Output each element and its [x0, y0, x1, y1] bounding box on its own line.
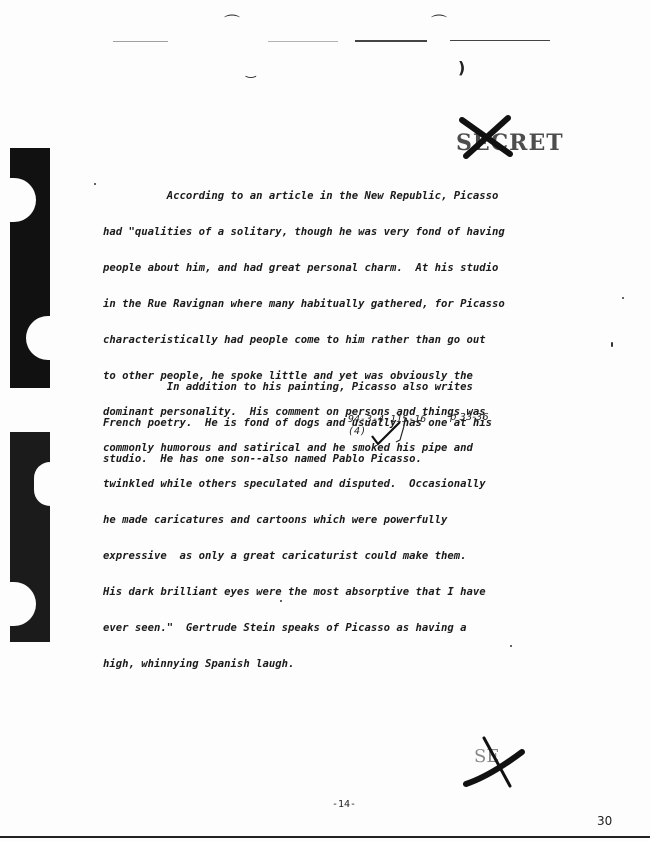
scan-speck [622, 297, 624, 299]
scan-artifact-line [268, 41, 338, 42]
scan-artifact-line [450, 40, 550, 41]
punch-hole [26, 316, 50, 360]
handwritten-page-ref: p 33-36 [450, 412, 489, 423]
text-line: had "qualities of a solitary, though he … [103, 226, 613, 238]
punch-hole [10, 582, 36, 626]
cross-out-icon [450, 114, 540, 164]
scan-speck [611, 342, 613, 347]
scan-artifact-line [355, 40, 427, 42]
text-line: in the Rue Ravignan where many habituall… [103, 298, 613, 310]
scan-artifact-line [113, 41, 168, 42]
binding-strip [10, 148, 50, 388]
text-line: people about him, and had great personal… [103, 262, 613, 274]
scan-speck [280, 600, 282, 602]
text-line: According to an article in the New Repub… [103, 190, 613, 202]
document-page: ⌒ ⌒ ) ‿ SECRET According to an article i… [0, 0, 650, 841]
text-line: high, whinnying Spanish laugh. [103, 658, 613, 670]
punch-hole [10, 178, 36, 222]
checkmark-icon [370, 418, 410, 448]
punch-mark: ‿ [246, 64, 256, 78]
punch-hole [34, 462, 50, 506]
classification-stamp-top: SECRET [450, 114, 540, 164]
text-line: he made caricatures and cartoons which w… [103, 514, 613, 526]
punch-mark: ⌒ [224, 10, 240, 33]
text-line: ever seen." Gertrude Stein speaks of Pic… [103, 622, 613, 634]
punch-mark: ⌒ [431, 10, 447, 33]
scan-speck [510, 645, 512, 647]
cross-out-icon [460, 732, 530, 792]
corner-number: 30 [597, 814, 612, 828]
text-line: expressive as only a great caricaturist … [103, 550, 613, 562]
text-line: studio. He has one son--also named Pablo… [103, 453, 613, 465]
classification-stamp-bottom: SE [460, 732, 530, 792]
file-subnumber: (4) [348, 426, 366, 437]
text-line: His dark brilliant eyes were the most ab… [103, 586, 613, 598]
scan-speck [94, 183, 96, 185]
binding-strip [10, 432, 50, 642]
punch-mark: ) [458, 58, 465, 77]
page-number: -14- [332, 799, 356, 810]
scan-edge-line [0, 836, 650, 838]
text-line: characteristically had people come to hi… [103, 334, 613, 346]
text-line: In addition to his painting, Picasso als… [103, 381, 613, 393]
